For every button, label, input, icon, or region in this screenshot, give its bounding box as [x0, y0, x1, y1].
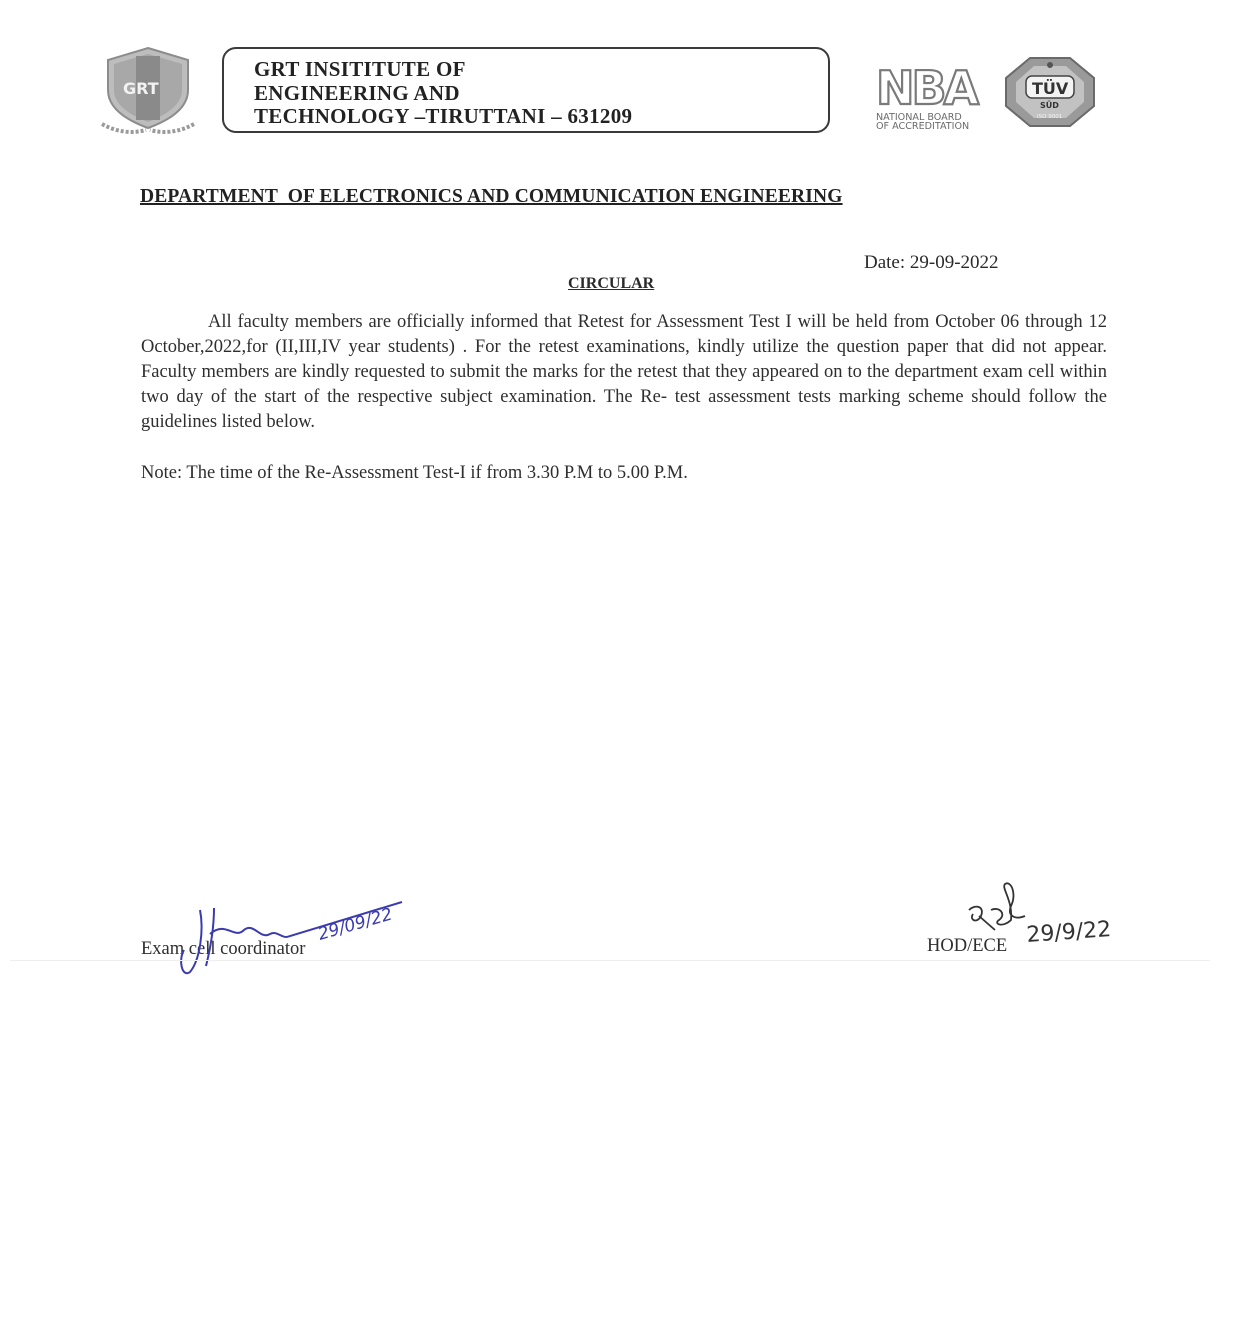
svg-text:NBA: NBA — [876, 61, 980, 115]
svg-text:TÜV: TÜV — [1032, 79, 1069, 98]
institution-name-line-3: TECHNOLOGY –TIRUTTANI – 631209 — [254, 105, 632, 129]
handwritten-signature-icon: 29/09/22 — [170, 890, 430, 980]
nba-accreditation-icon: NBA NATIONAL BOARD OF ACCREDITATION — [874, 56, 986, 132]
institution-name: GRT INSITITUTE OF ENGINEERING AND TECHNO… — [254, 58, 632, 129]
nba-logo: NBA NATIONAL BOARD OF ACCREDITATION — [874, 56, 986, 132]
svg-text:29/09/22: 29/09/22 — [316, 905, 395, 945]
circular-date: Date: 29-09-2022 — [864, 252, 999, 274]
tuv-logo: TÜV SÜD ISO 9001 — [1004, 56, 1096, 128]
circular-note: Note: The time of the Re-Assessment Test… — [141, 461, 688, 486]
circular-body-paragraph: All faculty members are officially infor… — [141, 310, 1107, 435]
shield-logo-icon: GRT — [96, 46, 200, 138]
svg-text:SÜD: SÜD — [1040, 100, 1059, 110]
handwritten-signature-icon: 29/9/22 — [955, 880, 1155, 960]
circular-title: CIRCULAR — [568, 275, 654, 293]
scan-artifact-line — [10, 960, 1210, 961]
institution-name-line-1: GRT INSITITUTE OF — [254, 58, 632, 82]
svg-text:OF ACCREDITATION: OF ACCREDITATION — [876, 121, 969, 132]
department-heading: DEPARTMENT OF ELECTRONICS AND COMMUNICAT… — [140, 186, 843, 208]
tuv-sud-icon: TÜV SÜD ISO 9001 — [1004, 56, 1096, 128]
exam-cell-coordinator-signature: 29/09/22 — [170, 890, 430, 980]
hod-ece-signature: 29/9/22 — [955, 880, 1155, 960]
circular-body: All faculty members are officially infor… — [141, 310, 1107, 435]
institution-name-line-2: ENGINEERING AND — [254, 82, 632, 106]
svg-text:GRT: GRT — [123, 79, 159, 98]
svg-text:ISO 9001: ISO 9001 — [1037, 114, 1062, 120]
grt-logo: GRT — [96, 46, 200, 138]
svg-text:29/9/22: 29/9/22 — [1026, 917, 1112, 948]
